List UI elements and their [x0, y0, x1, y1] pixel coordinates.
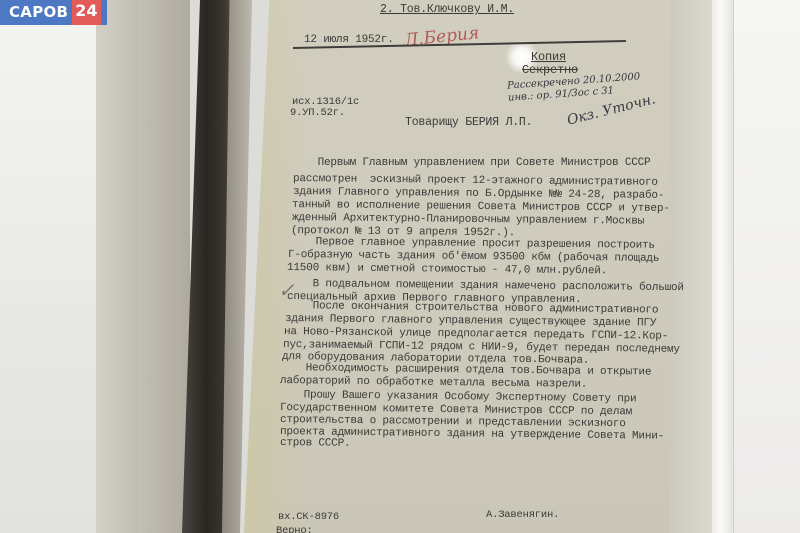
frame-left-outer — [96, 0, 138, 533]
margin-checkmark-icon: ✓ — [278, 278, 295, 302]
logo-brand-text: САРОВ — [0, 0, 72, 25]
frame-left-inner — [138, 0, 190, 533]
outgoing-date: 9.УП.52г. — [290, 107, 345, 120]
signatory: А.Завенягин. — [486, 509, 559, 522]
stamp-secret: Секретно — [522, 64, 578, 77]
document-photo: 2. Тов.Ключкову И.М. 12 июля 1952г. Л.Бе… — [0, 0, 800, 533]
footer-verified: Верно: — [276, 525, 313, 533]
logo-tail — [101, 0, 107, 25]
logo-brand-number: 24 — [72, 0, 100, 25]
header-recipient: 2. Тов.Ключкову И.М. — [380, 3, 514, 16]
sarov24-logo: САРОВ 24 — [0, 0, 116, 25]
frame-right-edge — [712, 0, 734, 533]
addressee: Товарищу БЕРИЯ Л.П. — [405, 116, 532, 129]
paragraph-1-line-1: Первым Главным управлением при Совете Ми… — [292, 157, 650, 170]
wall-right — [734, 0, 800, 533]
incoming-number: вх.СК-8976 — [278, 511, 339, 524]
paragraph-6-line-5: стров СССР. — [280, 437, 351, 451]
